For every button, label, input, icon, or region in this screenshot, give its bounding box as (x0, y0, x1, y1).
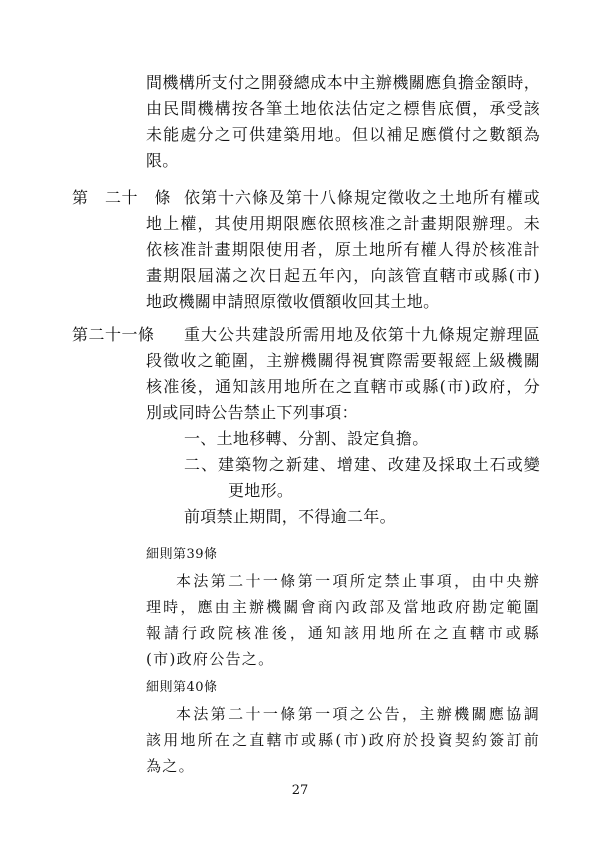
paragraph-body: 間機構所支付之開發總成本中主辦機關應負擔金額時， 由民間機構按各筆土地依法估定之… (146, 70, 540, 174)
article-20-label: 第 二十 條 (72, 185, 171, 211)
rule-39: 細則第39條 本法第二十一條第一項所定禁止事項，由中央辦 理時，應由主辦機關會商… (0, 542, 600, 672)
text-line: 別或同時公告禁止下列事項： (146, 400, 540, 426)
text-line: 報請行政院核准後，通知該用地所在之直轄市或縣 (146, 620, 540, 646)
text-line: 前項禁止期間，不得逾二年。 (184, 504, 540, 530)
text-line: 該用地所在之直轄市或縣(市)政府於投資契約簽訂前 (146, 727, 540, 753)
text-line: 理時，應由主辦機關會商內政部及當地政府勘定範圍 (146, 594, 540, 620)
text-line: 段徵收之範圍，主辦機關得視實際需要報經上級機關 (146, 348, 540, 374)
article-20: 第 二十 條 依第十六條及第十八條規定徵收之土地所有權或 地上權，其使用期限應依… (0, 185, 600, 315)
document-page: 間機構所支付之開發總成本中主辦機關應負擔金額時， 由民間機構按各筆土地依法估定之… (0, 0, 600, 848)
text-line: 地政機關申請照原徵收價額收回其土地。 (146, 289, 540, 315)
text-line: 限。 (146, 148, 540, 174)
text-line: 本法第二十一條第一項之公告，主辦機關應協調 (146, 701, 540, 727)
text-line: 本法第二十一條第一項所定禁止事項，由中央辦 (146, 568, 540, 594)
article-20-body: 依第十六條及第十八條規定徵收之土地所有權或 地上權，其使用期限應依照核准之計畫期… (146, 185, 540, 315)
page-number: 27 (0, 782, 600, 800)
rule-39-body: 細則第39條 本法第二十一條第一項所定禁止事項，由中央辦 理時，應由主辦機關會商… (146, 542, 540, 672)
rule-40-body: 細則第40條 本法第二十一條第一項之公告，主辦機關應協調 該用地所在之直轄市或縣… (146, 675, 540, 779)
article-21-body: 重大公共建設所需用地及依第十九條規定辦理區 段徵收之範圍，主辦機關得視實際需要報… (146, 322, 540, 530)
text-line: 地上權，其使用期限應依照核准之計畫期限辦理。未 (146, 211, 540, 237)
text-line: 為之。 (146, 753, 540, 779)
rule-40-header: 細則第40條 (146, 675, 540, 701)
paragraph-continuation: 間機構所支付之開發總成本中主辦機關應負擔金額時， 由民間機構按各筆土地依法估定之… (0, 70, 600, 174)
text-line: 間機構所支付之開發總成本中主辦機關應負擔金額時， (146, 70, 540, 96)
list-item: 一、土地移轉、分割、設定負擔。 (184, 426, 540, 452)
text-line: 核准後，通知該用地所在之直轄市或縣(市)政府，分 (146, 374, 540, 400)
rule-39-header: 細則第39條 (146, 542, 540, 568)
text-line: (市)政府公告之。 (146, 646, 540, 672)
text-line: 依核准計畫期限使用者，原土地所有權人得於核准計 (146, 237, 540, 263)
list-item-continuation: 更地形。 (228, 478, 540, 504)
article-21: 第二十一條 重大公共建設所需用地及依第十九條規定辦理區 段徵收之範圍，主辦機關得… (0, 322, 600, 530)
text-line: 畫期限屆滿之次日起五年內，向該管直轄市或縣(市) (146, 263, 540, 289)
list-item: 二、建築物之新建、增建、改建及採取土石或變 (184, 452, 540, 478)
text-line: 由民間機構按各筆土地依法估定之標售底價，承受該 (146, 96, 540, 122)
rule-40: 細則第40條 本法第二十一條第一項之公告，主辦機關應協調 該用地所在之直轄市或縣… (0, 675, 600, 779)
text-line: 重大公共建設所需用地及依第十九條規定辦理區 (146, 322, 540, 348)
article-21-label: 第二十一條 (72, 322, 155, 348)
text-line: 依第十六條及第十八條規定徵收之土地所有權或 (146, 185, 540, 211)
text-line: 未能處分之可供建築用地。但以補足應償付之數額為 (146, 122, 540, 148)
